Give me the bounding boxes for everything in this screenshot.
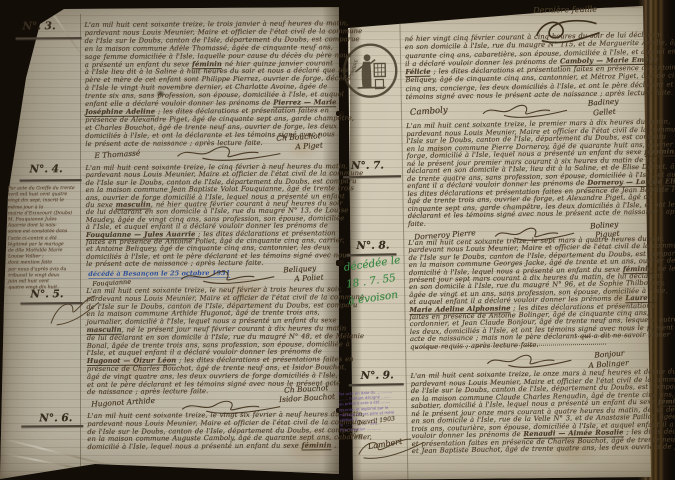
declarant-signature: Camboly	[410, 105, 448, 118]
witness-signature: A Piget	[295, 141, 323, 152]
birth-act-entry-8: L'an mil huit cent soixante treize, le s…	[408, 236, 642, 351]
declarant-signature: E Thomassé	[94, 148, 140, 160]
last-sheet-inscription: Dernière feuille	[533, 5, 597, 15]
birth-act-entry-3: L'an mil huit cent soixante treize, le t…	[84, 20, 337, 148]
act-number-label: N°. 7.	[351, 159, 384, 172]
act-number-label: N°. 5.	[30, 288, 63, 300]
label-underline	[20, 179, 82, 182]
act-number-label: N°. 3.	[22, 20, 55, 32]
witness-signature: Gellet	[593, 107, 616, 118]
handwritten-line: et Jean Baptiste Bouchot, âgé de trente …	[412, 444, 650, 456]
left-page-content: N°. 3. L'an mil huit cent soixante treiz…	[0, 0, 342, 480]
round-fiscal-stamp: TIMBRE	[341, 41, 400, 100]
label-underline	[16, 37, 82, 40]
mayor-signature-flourish	[174, 145, 284, 162]
mayor-signature-flourish	[484, 352, 574, 369]
handwritten-line: domicilié à l'Isle, lequel nous a présen…	[87, 442, 339, 452]
birth-act-entry-4: L'an mil huit cent soixante treize, le c…	[85, 163, 338, 268]
label-underline	[349, 383, 404, 386]
declarant-signature: Hugonot Arthide	[91, 396, 155, 409]
witness-signature: Isidor Bouchot	[279, 392, 335, 404]
act-number-label: N°. 4.	[29, 163, 62, 175]
act-number-label: N°. 8.	[356, 239, 389, 252]
birth-act-entry-7: L'an mil huit cent soixante treize, le p…	[406, 119, 640, 228]
scanned-register-spread: { "left_page": { "entry3": { "label": "N…	[0, 0, 675, 480]
act-number-label: N°. 9.	[360, 369, 393, 382]
marginal-mention-note: Par acte du Greffe du trenteavril mil hu…	[8, 186, 77, 292]
birth-act-entry-5: L'an mil huit cent soixante treize, le n…	[86, 286, 339, 397]
death-mention-green-ink: décédée le18 . 7. 55à évoison	[343, 252, 410, 311]
birth-act-entry-9: L'an mil huit cent soixante treize, le o…	[411, 369, 650, 456]
label-underline	[343, 175, 401, 178]
act-number-label: N°. 6.	[39, 412, 72, 424]
birth-act-entry-6-continuation: né hier vingt cinq février courant à cin…	[405, 31, 638, 101]
label-underline	[21, 425, 83, 428]
stamp-text: TIMBRE	[349, 59, 360, 78]
legitimation-stamp-violet: Par acte en date du ....................…	[338, 388, 406, 433]
mayor-signature-flourish	[480, 102, 570, 119]
mayor-signature-flourish	[178, 269, 278, 285]
birth-act-entry-6: L'an mil huit cent soixante treize, le v…	[87, 411, 339, 452]
witness-signature: A Poliet	[294, 273, 324, 284]
right-page-content: Dernière feuille TIMBRE né hier vingt ci…	[338, 0, 656, 480]
label-underline	[20, 302, 82, 305]
